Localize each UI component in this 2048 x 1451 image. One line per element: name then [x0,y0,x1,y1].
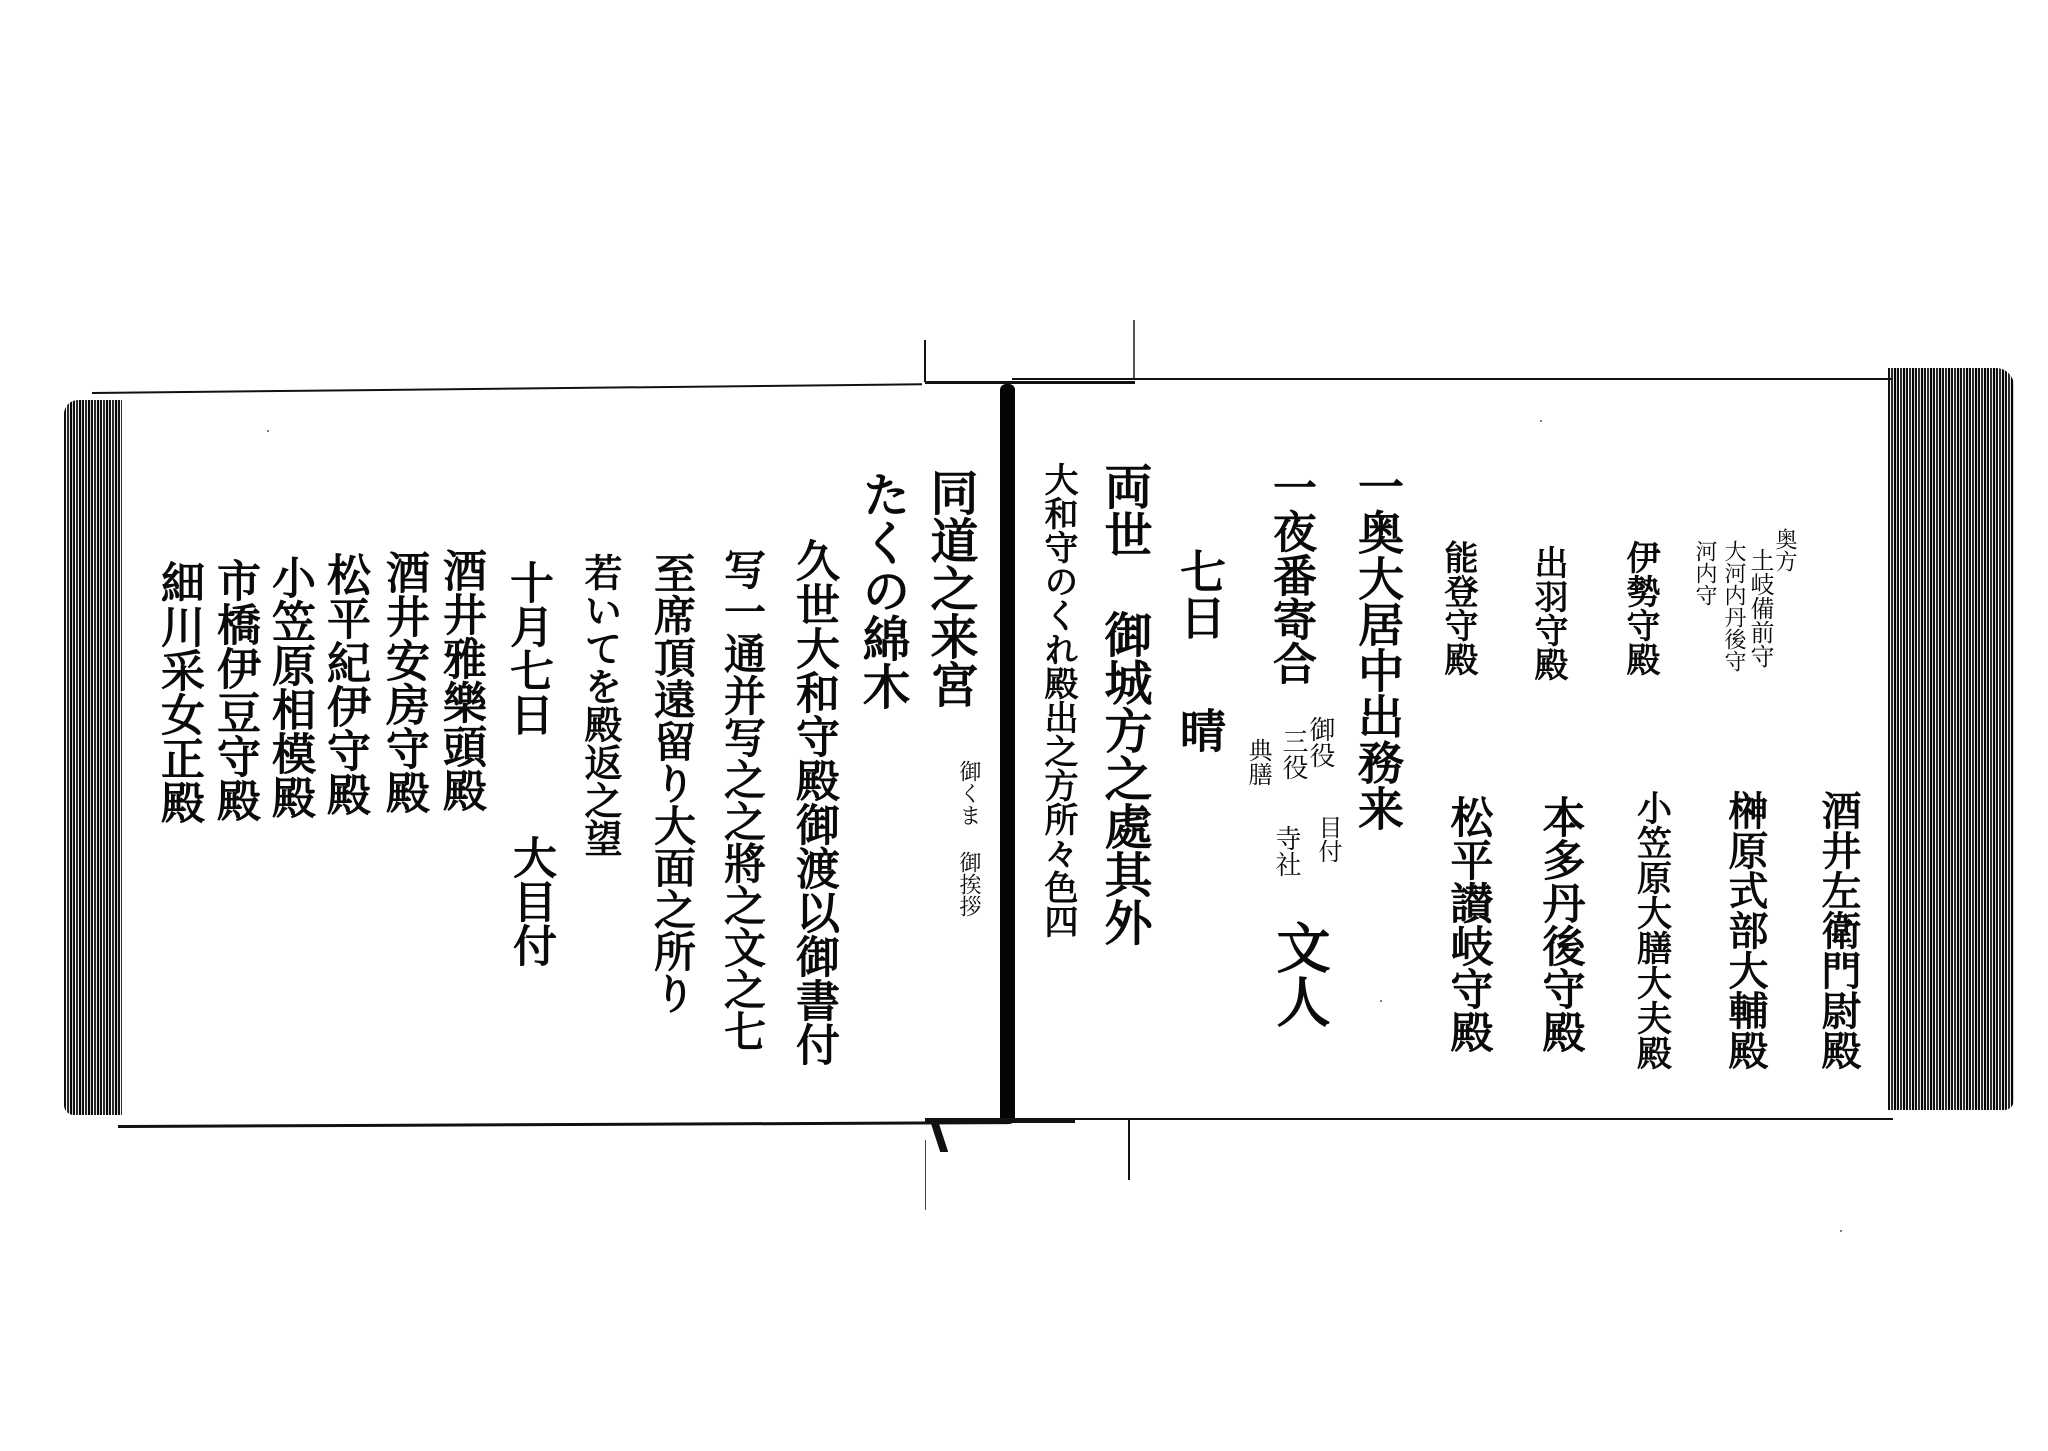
text-column-r13b: 御城方之處其外 [1100,610,1148,946]
text-column-l1: 同道之来宮 [926,468,974,708]
text-column-l10: 松平紀伊守殿 [322,552,366,816]
text-column-l11: 小笠原相模殿 [267,555,311,819]
right-page-top-edge [1012,378,1892,380]
text-column-r13: 両世 [1100,462,1148,558]
right-page-bottom-edge [1008,1118,1893,1120]
text-column-r11n1: 御役 [1307,716,1333,768]
right-fore-edge [1888,368,2014,1110]
text-column-r11n5: 寺社 [1273,825,1299,877]
text-column-l3: 久世大和守殿御渡以御書付 [791,538,835,1066]
bottom-right-margin-mark [1128,1120,1130,1180]
text-column-r12c: 文人 [1273,920,1327,1028]
binding-top-flare [925,381,1135,384]
text-column-l13: 細川采女正殿 [156,560,200,824]
text-column-r9: 能登守殿 [1441,540,1475,676]
text-column-r3: 小笠原大膳大夫殿 [1635,790,1670,1070]
bottom-left-ink-mark [930,1120,974,1152]
text-column-r11n3: 典膳 [1246,738,1270,786]
text-column-r2: 榊原式部大輔殿 [1725,790,1765,1070]
text-column-r6b: 土岐備前守 [1748,548,1772,668]
text-column-r7: 伊勢守殿 [1623,540,1657,676]
text-column-r8: 出羽守殿 [1531,545,1565,681]
text-column-l8: 酒井雅樂頭殿 [438,548,482,812]
text-column-l7: 十月七日 [505,560,549,736]
text-column-r6a: 奥方 [1773,528,1795,572]
text-column-l9: 酒井安房守殿 [381,550,425,814]
text-column-r10: 一奥大居中出務来 [1355,463,1401,831]
text-column-l5: 至席頂遠留り大面之所り [651,552,693,1014]
text-column-r11n4: 目付 [1316,815,1340,863]
dust-speck [267,430,269,432]
top-right-margin-mark [1133,320,1135,378]
text-column-l6: 若いてを殿返之望 [581,553,619,857]
dust-speck [1380,1000,1382,1002]
top-left-margin-mark [924,340,926,382]
dust-speck [1540,420,1542,422]
text-column-r12b: 晴 [1177,707,1223,753]
text-column-r6d: 河内守 [1693,540,1715,606]
text-column-r11: 一夜番寄合 [1268,465,1312,685]
text-column-l7b: 大目付 [508,835,552,967]
left-fore-edge [64,400,122,1115]
text-column-r12: 七日 [1177,548,1223,640]
text-column-r1: 酒井左衛門尉殿 [1818,790,1858,1070]
text-column-r6c: 大河内丹後守 [1722,540,1744,672]
bottom-left-margin-mark [925,1140,926,1210]
text-column-l12: 市橋伊豆守殿 [212,558,256,822]
dust-speck [1840,1230,1842,1232]
binding-gutter [1000,384,1015,1124]
text-column-r11n2: 三役 [1280,728,1306,780]
text-column-r5: 松平讃岐守殿 [1447,795,1490,1053]
text-column-r4: 本多丹後守殿 [1539,795,1582,1053]
text-column-l1n: 御くま 御挨拶 [957,760,979,917]
left-page-bottom-edge [118,1121,1008,1128]
text-column-r14: 大和守のくれ殿出之方所々色四 [1041,462,1075,938]
text-column-l4: 写一通并写之之將之文之七 [721,548,763,1052]
text-column-l2: たくの綿木 [858,470,906,710]
